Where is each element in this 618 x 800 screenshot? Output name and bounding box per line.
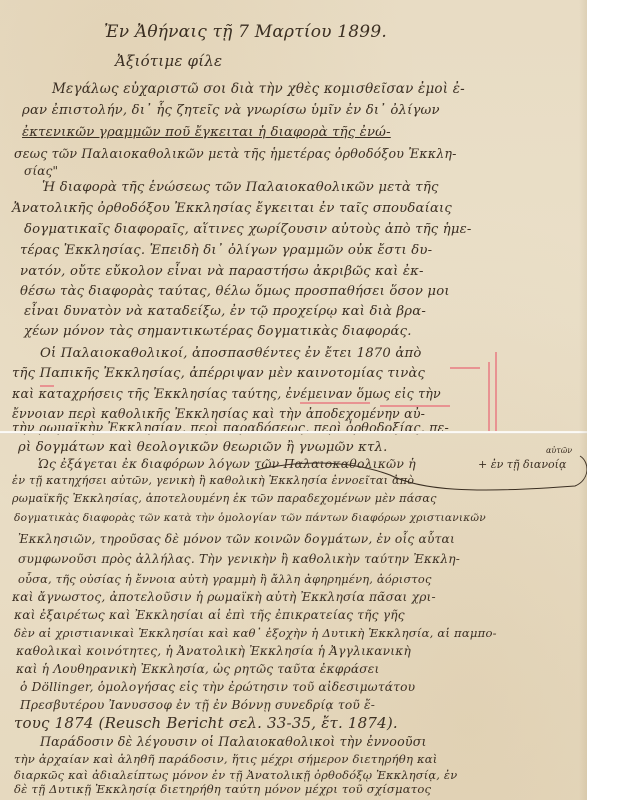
text-line: τὴν ἀρχαίαν καὶ ἀληθῆ παράδοσιν, ἥτις μέ… xyxy=(14,752,438,766)
text-line: χέων μόνον τὰς σημαντικωτέρας δογματικὰς… xyxy=(24,324,412,339)
text-line: Μεγάλως εὐχαριστῶ σοι διὰ τὴν χθὲς κομισ… xyxy=(52,81,465,97)
text-line: Ἀνατολικῆς ὀρθοδόξου Ἐκκλησίας ἔγκειται … xyxy=(12,201,452,216)
text-line: οὖσα, τῆς οὐσίας ἡ ἔννοια αὐτὴ γραμμὴ ἢ … xyxy=(18,572,432,586)
fold-crease xyxy=(0,431,587,434)
text-line: Ἡ διαφορὰ τῆς ἑνώσεως τῶν Παλαιοκαθολικῶ… xyxy=(42,180,439,195)
text-line: Οἱ Παλαιοκαθολικοί, ἀποσπασθέντες ἐν ἔτε… xyxy=(40,346,422,361)
text-line: Παράδοσιν δὲ λέγουσιν οἱ Παλαιοκαθολικοὶ… xyxy=(40,734,427,749)
text-line: ὁ Döllinger, ὁμολογήσας εἰς τὴν ἐρώτησιν… xyxy=(20,680,415,694)
text-line: τῆς Παπικῆς Ἐκκλησίας, ἀπέρριψαν μὲν και… xyxy=(12,366,425,381)
red-pencil-mark xyxy=(450,367,480,369)
salutation: Ἀξιότιμε φίλε xyxy=(115,52,222,70)
text-line: Πρεσβυτέρου Ἰανυσσοφ ἐν τῇ ἐν Βόννῃ συνε… xyxy=(20,698,375,712)
text-line: ραν ἐπιστολήν, δι᾿ ἧς ζητεῖς νὰ γνωρίσω … xyxy=(22,103,440,118)
text-line: διαρκῶς καὶ ἀδιαλείπτως μόνον ἐν τῇ Ἀνατ… xyxy=(14,768,457,782)
red-pencil-mark xyxy=(488,362,490,434)
text-line: τέρας Ἐκκλησίας. Ἐπειδὴ δι᾿ ὀλίγων γραμμ… xyxy=(20,243,432,258)
text-line: θέσω τὰς διαφορὰς ταύτας, θέλω ὅμως προσ… xyxy=(20,284,450,299)
text-line: δογματικὰς διαφορὰς τῶν κατὰ τὴν ὁμολογί… xyxy=(14,512,486,524)
text-line: δογματικαῖς διαφοραῖς, αἵτινες χωρίζουσι… xyxy=(24,222,472,237)
text-line: ἐκτενικῶν γραμμῶν ποῦ ἔγκειται ἡ διαφορὰ… xyxy=(22,125,391,140)
margin-insertion-note: + ἐν τῇ διανοίᾳ xyxy=(478,458,566,471)
red-pencil-mark xyxy=(300,402,370,404)
text-line: συμφωνοῦσι πρὸς ἀλλήλας. Τὴν γενικὴν ἢ κ… xyxy=(18,552,460,566)
text-line: δὲ τῇ Δυτικῇ Ἐκκλησίᾳ διετηρήθη ταύτη μό… xyxy=(14,782,431,796)
text-line: ἔννοιαν περὶ καθολικῆς Ἐκκλησίας καὶ τὴν… xyxy=(12,406,425,421)
text-line: δὲν αἱ χριστιανικαὶ Ἐκκλησίαι καὶ καθ᾿ ἐ… xyxy=(14,626,497,640)
margin-insertion-superscript: αὐτῶν xyxy=(546,446,572,455)
text-line: σεως τῶν Παλαιοκαθολικῶν μετὰ τῆς ἡμετέρ… xyxy=(14,146,457,161)
red-pencil-mark xyxy=(40,385,54,387)
red-pencil-mark xyxy=(380,405,450,407)
text-line: εἶναι δυνατὸν νὰ καταδείξω, ἐν τῷ προχεί… xyxy=(24,304,426,319)
manuscript-page: Ἐν Ἀθήναις τῇ 7 Μαρτίου 1899. Ἀξιότιμε φ… xyxy=(0,0,587,800)
text-line: Ἐκκλησιῶν, τηροῦσας δὲ μόνον τῶν κοινῶν … xyxy=(18,532,455,546)
red-pencil-mark xyxy=(495,352,497,434)
text-line: καὶ ἡ Λουθηρανικὴ Ἐκκλησία, ὡς ρητῶς ταῦ… xyxy=(16,662,379,676)
text-line: τους 1874 (Reusch Bericht σελ. 33-35, ἔτ… xyxy=(14,714,398,732)
text-line: νατόν, οὔτε εὔκολον εἶναι νὰ παραστήσω ἀ… xyxy=(20,264,424,279)
text-line: καὶ ἄγνωστος, ἀποτελοῦσιν ἡ ρωμαϊκὴ αὐτὴ… xyxy=(12,590,436,604)
text-line: καθολικαὶ κοινότητες, ἡ Ἀνατολικὴ Ἐκκλησ… xyxy=(16,644,411,658)
dateline: Ἐν Ἀθήναις τῇ 7 Μαρτίου 1899. xyxy=(104,22,387,42)
text-line: σίας" xyxy=(24,164,58,178)
text-line: καὶ καταχρήσεις τῆς Ἐκκλησίας ταύτης, ἐν… xyxy=(12,386,441,401)
text-line: καὶ ἐξαιρέτως καὶ Ἐκκλησίαι αἱ ἐπὶ τῆς ἐ… xyxy=(14,608,405,622)
